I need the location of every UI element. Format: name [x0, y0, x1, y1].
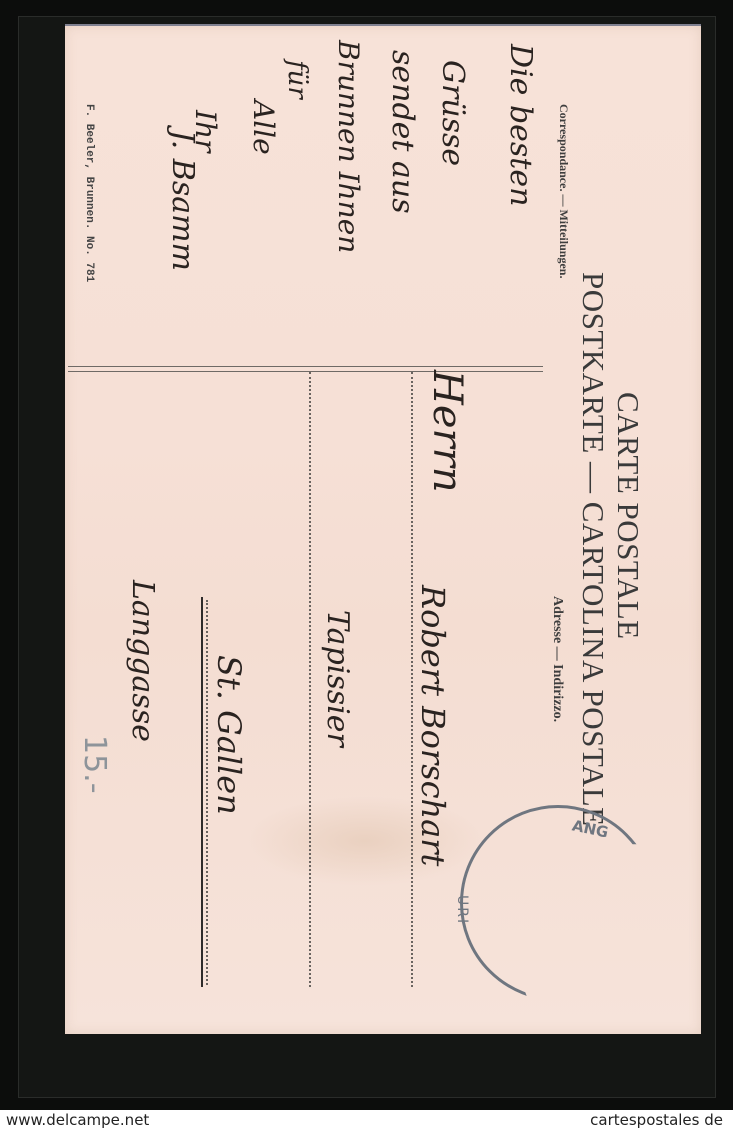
message-signature: J. Bsamm — [165, 130, 200, 271]
address-line-solid — [201, 597, 203, 987]
address-name: Robert Borschart — [414, 585, 452, 866]
address-salutation: Herrn — [424, 370, 470, 493]
address-line-2 — [309, 372, 311, 987]
message-line: für — [282, 60, 312, 99]
publisher-imprint: F. Beeler, Brunnen. No. 781 — [83, 104, 95, 282]
pencil-price-note: 15.- — [77, 735, 112, 794]
watermark-cartespostales: cartespostales de — [590, 1111, 723, 1129]
address-line-3 — [206, 600, 208, 985]
correspondence-label: Correspondance. — Mitteilungen. — [556, 104, 571, 278]
message-line: Grüsse — [435, 60, 470, 166]
divider-horizontal — [68, 366, 543, 372]
address-city: St. Gallen — [210, 655, 248, 815]
message-line: Alle — [247, 100, 280, 155]
watermark-footer: www.delcampe.net cartespostales de — [0, 1110, 733, 1131]
address-line-1 — [411, 372, 413, 987]
address-label: Adresse — Indirizzo. — [549, 596, 565, 722]
address-occupation: Tapissier — [320, 610, 355, 747]
watermark-delcampe: www.delcampe.net — [6, 1111, 149, 1129]
message-line: Brunnen Ihnen — [332, 40, 365, 253]
message-line: sendet aus — [385, 50, 420, 214]
printed-title-postkarte: POSTKARTE — CARTOLINA POSTALE — [575, 272, 611, 827]
message-line: Die besten — [503, 44, 538, 206]
address-street: Langgasse — [125, 580, 160, 742]
printed-title-carte-postale: CARTE POSTALE — [610, 392, 646, 640]
postmark-text-side: URI — [454, 895, 470, 925]
